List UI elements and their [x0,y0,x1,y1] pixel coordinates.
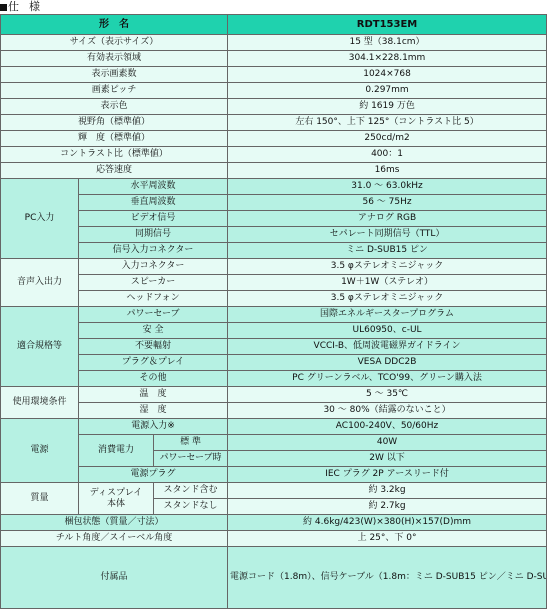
table-row: 適合規格等 パワーセーブ 国際エネルギースタープログラム [1,307,547,323]
row-label: スピーカー [79,275,228,291]
table-row: 不要輻射 VCCI-B、低周波電磁界ガイドライン [1,339,547,355]
row-value: セパレート同期信号（TTL） [228,227,547,243]
row-value: 左右 150°、上下 125°（コントラスト比 5） [228,115,547,131]
row-label: 標 準 [154,435,228,451]
row-value: 1024×768 [228,67,547,83]
header-label: 形 名 [1,15,228,35]
table-row: 応答速度 16ms [1,163,547,179]
section-title: 仕様 [0,0,50,14]
row-value: 16ms [228,163,547,179]
table-row: 電源プラグ IEC プラグ 2P アースリード付 [1,467,547,483]
row-label: 温 度 [79,387,228,403]
table-row: 消費電力 標 準 40W [1,435,547,451]
section-title-text: 仕様 [8,1,50,13]
table-row: プラグ＆プレイ VESA DDC2B [1,355,547,371]
row-label: ビデオ信号 [79,211,228,227]
row-value: 56 ～ 75Hz [228,195,547,211]
row-label: パワーセーブ [79,307,228,323]
row-value: 1W＋1W（ステレオ） [228,275,547,291]
row-value: ミニ D-SUB15 ピン [228,243,547,259]
row-label: チルト角度／スイーベル角度 [1,531,228,547]
row-label: 入力コネクター [79,259,228,275]
row-value: PC グリーンラベル、TCO'99、グリーン購入法 [228,371,547,387]
row-value: 国際エネルギースタープログラム [228,307,547,323]
row-label: 同期信号 [79,227,228,243]
table-row: 表示画素数 1024×768 [1,67,547,83]
row-value: AC100-240V、50/60Hz [228,419,547,435]
table-row: 有効表示領域 304.1×228.1mm [1,51,547,67]
row-value: 31.0 ～ 63.0kHz [228,179,547,195]
table-row: 画素ピッチ 0.297mm [1,83,547,99]
row-value: 5 ～ 35℃ [228,387,547,403]
group-label-weight: 質量 [1,483,79,515]
table-row: 質量 ディスプレイ 本体 スタンド含む 約 3.2kg [1,483,547,499]
row-label: 電源プラグ [79,467,228,483]
row-value: 15 型（38.1cm） [228,35,547,51]
row-label: パワーセーブ時 [154,451,228,467]
table-row: PC入力 水平周波数 31.0 ～ 63.0kHz [1,179,547,195]
table-row: 表示色 約 1619 万色 [1,99,547,115]
group-label-environment: 使用環境条件 [1,387,79,419]
row-value: 3.5 φステレオミニジャック [228,291,547,307]
row-label: スタンドなし [154,499,228,515]
table-row: 使用環境条件 温 度 5 ～ 35℃ [1,387,547,403]
row-label: 梱包状態（質量／寸法） [1,515,228,531]
row-value: 304.1×228.1mm [228,51,547,67]
sub-group-label-consumption: 消費電力 [79,435,154,467]
row-value: 400：1 [228,147,547,163]
row-label: その他 [79,371,228,387]
group-label-audio: 音声入出力 [1,259,79,307]
table-row: スピーカー 1W＋1W（ステレオ） [1,275,547,291]
table-row: 垂直周波数 56 ～ 75Hz [1,195,547,211]
sub-group-label-line2: 本体 [107,499,125,509]
row-label: ヘッドフォン [79,291,228,307]
group-label-power: 電源 [1,419,79,483]
row-value-accessories: 電源コード（1.8m）、信号ケーブル（1.8m：ミニ D-SUB15 ピン／ミニ… [228,547,547,601]
row-value: 0.297mm [228,83,547,99]
row-label: 表示画素数 [1,67,228,83]
table-row: 梱包状態（質量／寸法） 約 4.6kg/423(W)×380(H)×157(D)… [1,515,547,531]
table-row: 音声入出力 入力コネクター 3.5 φステレオミニジャック [1,259,547,275]
table-row: その他 PC グリーンラベル、TCO'99、グリーン購入法 [1,371,547,387]
table-row: サイズ（表示サイズ） 15 型（38.1cm） [1,35,547,51]
row-value: UL60950、c-UL [228,323,547,339]
group-label-pc-input: PC入力 [1,179,79,259]
row-label: 付属品 [1,547,228,601]
row-label: コントラスト比（標準値） [1,147,228,163]
table-row: 安 全 UL60950、c-UL [1,323,547,339]
row-label: 信号入力コネクター [79,243,228,259]
row-value: 30 ～ 80%（結露のないこと） [228,403,547,419]
row-label: 安 全 [79,323,228,339]
row-label: 表示色 [1,99,228,115]
row-value: 約 4.6kg/423(W)×380(H)×157(D)mm [228,515,547,531]
row-value: VCCI-B、低周波電磁界ガイドライン [228,339,547,355]
row-value: 40W [228,435,547,451]
table-row: 輝 度（標準値） 250cd/m2 [1,131,547,147]
group-label-compliance: 適合規格等 [1,307,79,387]
row-value: VESA DDC2B [228,355,547,371]
row-value: 2W 以下 [228,451,547,467]
row-label: 画素ピッチ [1,83,228,99]
row-label: 視野角（標準値） [1,115,228,131]
row-value: IEC プラグ 2P アースリード付 [228,467,547,483]
row-value: 3.5 φステレオミニジャック [228,259,547,275]
table-row: ヘッドフォン 3.5 φステレオミニジャック [1,291,547,307]
row-label: サイズ（表示サイズ） [1,35,228,51]
table-row: 信号入力コネクター ミニ D-SUB15 ピン [1,243,547,259]
table-row: 湿 度 30 ～ 80%（結露のないこと） [1,403,547,419]
header-model: RDT153EM [228,15,547,35]
row-label: 湿 度 [79,403,228,419]
row-value: 約 1619 万色 [228,99,547,115]
row-label: 応答速度 [1,163,228,179]
table-row: チルト角度／スイーベル角度 上 25°、下 0° [1,531,547,547]
sub-group-label-display-body: ディスプレイ 本体 [79,483,154,515]
row-label: 不要輻射 [79,339,228,355]
row-value: 上 25°、下 0° [228,531,547,547]
row-label: 水平周波数 [79,179,228,195]
row-value: 約 3.2kg [228,483,547,499]
table-row: 電源 電源入力※ AC100-240V、50/60Hz [1,419,547,435]
row-value: 250cd/m2 [228,131,547,147]
spec-table: 形 名 RDT153EM サイズ（表示サイズ） 15 型（38.1cm） 有効表… [0,14,547,600]
row-label: 垂直周波数 [79,195,228,211]
row-value: 約 2.7kg [228,499,547,515]
sub-group-label-line1: ディスプレイ [90,488,142,498]
table-header-row: 形 名 RDT153EM [1,15,547,35]
table-row: 付属品 電源コード（1.8m）、信号ケーブル（1.8m：ミニ D-SUB15 ピ… [1,547,547,601]
row-label: スタンド含む [154,483,228,499]
table-row: ビデオ信号 アナログ RGB [1,211,547,227]
row-label: 有効表示領域 [1,51,228,67]
square-bullet-icon [0,4,7,11]
row-label: 電源入力※ [79,419,228,435]
table-row: コントラスト比（標準値） 400：1 [1,147,547,163]
row-label: プラグ＆プレイ [79,355,228,371]
row-label: 輝 度（標準値） [1,131,228,147]
table-row: 視野角（標準値） 左右 150°、上下 125°（コントラスト比 5） [1,115,547,131]
row-value: アナログ RGB [228,211,547,227]
table-row: 同期信号 セパレート同期信号（TTL） [1,227,547,243]
